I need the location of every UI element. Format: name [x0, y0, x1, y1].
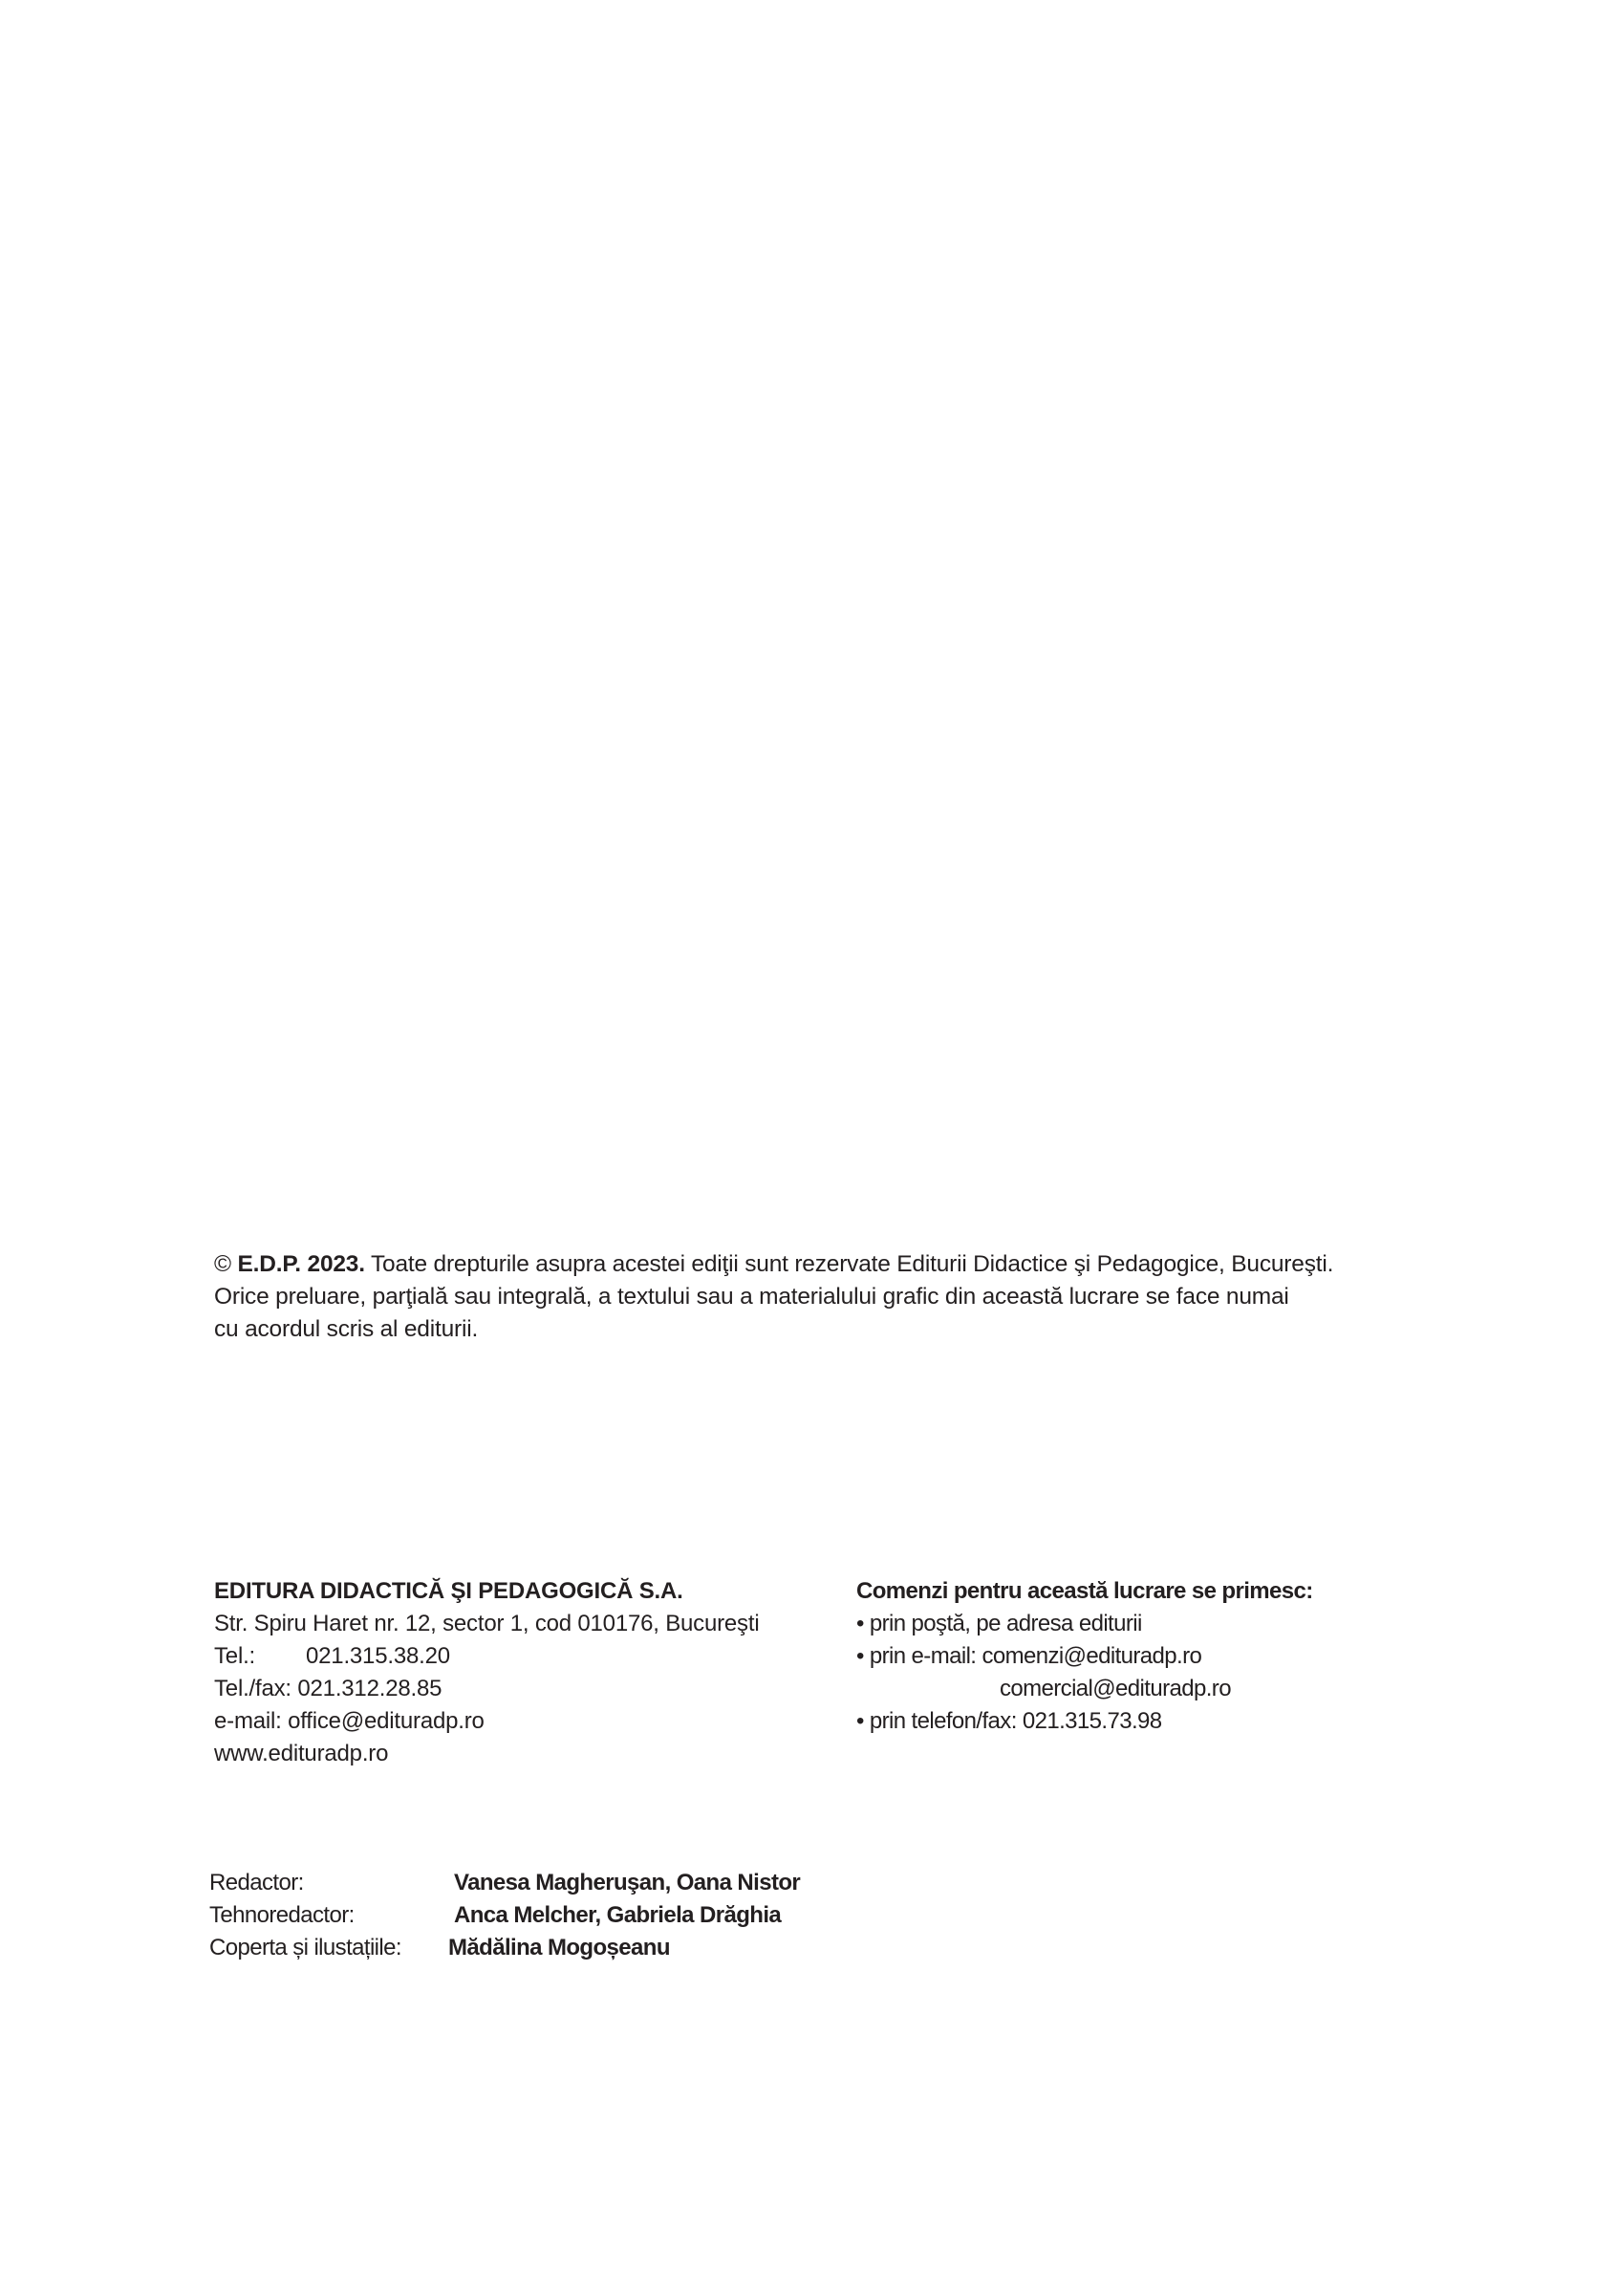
credit-row: Redactor: Vanesa Magheruşan, Oana Nistor — [209, 1867, 974, 1899]
email-value[interactable]: office@edituradp.ro — [288, 1708, 485, 1734]
copyright-line-2: Orice preluare, parţială sau integrală, … — [214, 1281, 1456, 1313]
credit-names: Anca Melcher, Gabriela Drăghia — [454, 1899, 781, 1932]
telfax-label: Tel./fax: — [214, 1676, 291, 1701]
publisher-address: Str. Spiru Haret nr. 12, sector 1, cod 0… — [214, 1608, 864, 1640]
credit-names: Vanesa Magheruşan, Oana Nistor — [454, 1867, 800, 1899]
copyright-notice: © E.D.P. 2023. Toate drepturile asupra a… — [214, 1248, 1456, 1346]
orders-info: Comenzi pentru această lucrare se primes… — [856, 1575, 1430, 1738]
telfax-value: 021.312.28.85 — [297, 1676, 442, 1701]
copyright-line-3: cu acordul scris al editurii. — [214, 1313, 1456, 1346]
publisher-email-row: e-mail: office@edituradp.ro — [214, 1705, 864, 1738]
credit-role: Redactor: — [209, 1867, 454, 1899]
copyright-owner: E.D.P. 2023. — [237, 1251, 364, 1277]
credit-names: Mădălina Mogoșeanu — [448, 1932, 670, 1964]
copyright-symbol: © — [214, 1251, 231, 1277]
orders-title: Comenzi pentru această lucrare se primes… — [856, 1575, 1430, 1608]
publisher-info: EDITURA DIDACTICĂ ŞI PEDAGOGICĂ S.A. Str… — [214, 1575, 864, 1770]
orders-item-email-secondary[interactable]: comercial@edituradp.ro — [856, 1673, 1430, 1705]
credit-role: Tehnoredactor: — [209, 1899, 454, 1932]
credit-role: Coperta și ilustațiile: — [209, 1932, 448, 1964]
publisher-tel-row: Tel.:021.315.38.20 — [214, 1640, 864, 1673]
tel-label: Tel.: — [214, 1640, 306, 1673]
orders-item-phone: • prin telefon/fax: 021.315.73.98 — [856, 1705, 1430, 1738]
publisher-website[interactable]: www.edituradp.ro — [214, 1738, 864, 1770]
orders-item-email[interactable]: • prin e-mail: comenzi@edituradp.ro — [856, 1640, 1430, 1673]
copyright-text: Toate drepturile asupra acestei ediţii s… — [365, 1251, 1333, 1277]
email-label: e-mail: — [214, 1708, 282, 1734]
publisher-name: EDITURA DIDACTICĂ ŞI PEDAGOGICĂ S.A. — [214, 1575, 864, 1608]
credits: Redactor: Vanesa Magheruşan, Oana Nistor… — [209, 1867, 974, 1964]
credit-row: Coperta și ilustațiile: Mădălina Mogoșea… — [209, 1932, 974, 1964]
publisher-telfax-row: Tel./fax: 021.312.28.85 — [214, 1673, 864, 1705]
orders-item-post: • prin poştă, pe adresa editurii — [856, 1608, 1430, 1640]
copyright-line-1: © E.D.P. 2023. Toate drepturile asupra a… — [214, 1248, 1456, 1281]
credit-row: Tehnoredactor: Anca Melcher, Gabriela Dr… — [209, 1899, 974, 1932]
tel-value: 021.315.38.20 — [306, 1643, 450, 1669]
